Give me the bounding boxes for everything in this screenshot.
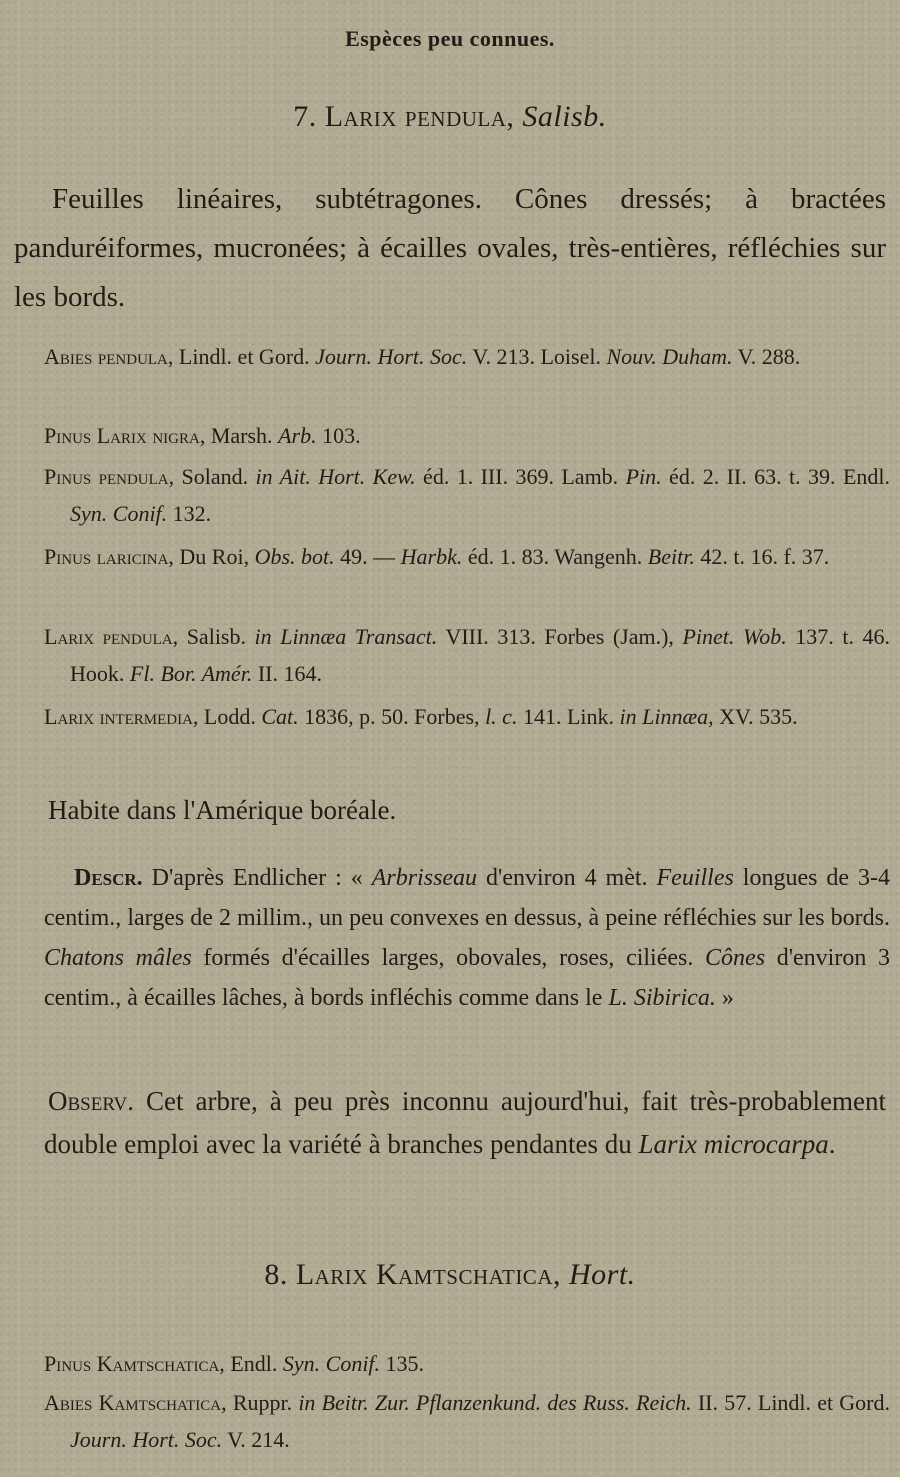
synonym-name: Abies Kamtschatica, [44,1390,227,1415]
species-7-heading: 7. Larix pendula, Salisb. [0,100,900,134]
descr-text: d'environ 4 mèt. [477,865,656,891]
species-number: 7. [293,100,317,133]
habitat-note: Habite dans l'Amérique boréale. [48,795,396,826]
citation-title: Syn. Conif. [283,1351,380,1376]
citation-text: éd. 1. III. 369. Lamb. [416,464,626,489]
descr-term: Arbrisseau [372,865,477,891]
citation-text: Lindl. et Gord. [173,344,315,369]
species-genus: Larix [325,100,397,133]
citation-text: 141. Link. [517,704,619,729]
citation-text: V. 213. Loisel. [467,344,606,369]
synonym-name: Abies pendula, [44,344,173,369]
species-genus: Larix [296,1258,368,1291]
species-epithet: pendula, [405,100,515,133]
descr-term: Chatons mâles [44,945,192,971]
synonym-name: Pinus Larix nigra, [44,423,205,448]
synonym-name: Pinus pendula, [44,464,174,489]
synonym-name: Larix intermedia, [44,704,198,729]
citation-text: 42. t. 16. f. 37. [695,544,829,569]
species-number: 8. [264,1258,288,1291]
descr-term: Cônes [705,945,765,971]
species-author: Hort. [569,1258,636,1291]
synonym-entry: Larix intermedia, Lodd. Cat. 1836, p. 50… [44,698,890,735]
citation-title: Nouv. Duham. [606,344,732,369]
observation-paragraph: Observ. Cet arbre, à peu près inconnu au… [44,1080,886,1166]
descr-text: » [716,985,734,1011]
descr-text: formés d'écailles larges, obovales, rose… [192,945,705,971]
citation-title: in Beitr. Zur. Pflanzenkund. des Russ. R… [298,1390,691,1415]
citation-title: Syn. Conif. [70,501,167,526]
citation-text: Soland. [174,464,255,489]
observ-label: Observ. [48,1086,134,1116]
synonym-entry: Abies Kamtschatica, Ruppr. in Beitr. Zur… [44,1384,890,1458]
observ-term: Larix microcarpa [639,1129,829,1159]
citation-text: VIII. 313. Forbes (Jam.), [437,624,682,649]
citation-title: Journ. Hort. Soc. [315,344,467,369]
synonym-name: Pinus laricina, [44,544,174,569]
synonym-entry: Pinus Kamtschatica, Endl. Syn. Conif. 13… [44,1345,890,1382]
synonym-entry: Pinus pendula, Soland. in Ait. Hort. Kew… [44,458,890,532]
synonym-entry: Pinus laricina, Du Roi, Obs. bot. 49. — … [44,538,890,575]
observ-text: . [829,1129,836,1159]
citation-text: 49. — [335,544,401,569]
citation-text: Lodd. [198,704,261,729]
citation-title: Journ. Hort. Soc. [70,1427,222,1452]
citation-text: 103. [317,423,361,448]
citation-text: Endl. [225,1351,283,1376]
citation-title: in Linnæa, [620,704,714,729]
citation-title: Pin. [626,464,662,489]
species-8-heading: 8. Larix Kamtschatica, Hort. [0,1258,900,1292]
citation-text: V. 214. [222,1427,290,1452]
citation-title: Obs. bot. [255,544,335,569]
citation-text: Du Roi, [174,544,255,569]
citation-text: 1836, p. 50. Forbes, [299,704,485,729]
citation-title: Cat. [261,704,298,729]
citation-title: in Ait. Hort. Kew. [256,464,416,489]
citation-text: II. 164. [252,661,322,686]
synonym-name: Larix pendula, [44,624,178,649]
citation-title: in Linnæa Transact. [255,624,438,649]
species-7-diagnosis: Feuilles linéaires, subtétragones. Cônes… [14,175,886,322]
citation-title: Beitr. [648,544,695,569]
citation-text: XV. 535. [714,704,798,729]
citation-text: V. 288. [733,344,801,369]
description-paragraph: Descr. D'après Endlicher : « Arbrisseau … [44,858,890,1018]
citation-title: Harbk. [401,544,463,569]
citation-text: Salisb. [178,624,254,649]
species-epithet: Kamtschatica, [376,1258,561,1291]
synonym-entry: Larix pendula, Salisb. in Linnæa Transac… [44,618,890,692]
citation-title: l. c. [485,704,517,729]
citation-text: éd. 2. II. 63. t. 39. Endl. [662,464,890,489]
citation-text: éd. 1. 83. Wangenh. [462,544,647,569]
running-head: Espèces peu connues. [0,26,900,52]
citation-text: Ruppr. [227,1390,299,1415]
species-author: Salisb. [522,100,606,133]
citation-text: 132. [167,501,211,526]
descr-term: Feuilles [657,865,734,891]
descr-text: D'après Endlicher : « [143,865,372,891]
citation-text: Marsh. [205,423,278,448]
synonym-name: Pinus Kamtschatica, [44,1351,225,1376]
descr-term: L. Sibirica. [608,985,715,1011]
citation-title: Arb. [278,423,317,448]
book-page: Espèces peu connues. 7. Larix pendula, S… [0,0,900,1477]
citation-text: II. 57. Lindl. et Gord. [692,1390,890,1415]
descr-label: Descr. [74,865,143,891]
citation-title: Fl. Bor. Amér. [130,661,252,686]
citation-title: Pinet. Wob. [682,624,786,649]
synonym-entry: Pinus Larix nigra, Marsh. Arb. 103. [44,417,890,454]
citation-text: 135. [380,1351,424,1376]
synonym-entry: Abies pendula, Lindl. et Gord. Journ. Ho… [44,338,890,375]
